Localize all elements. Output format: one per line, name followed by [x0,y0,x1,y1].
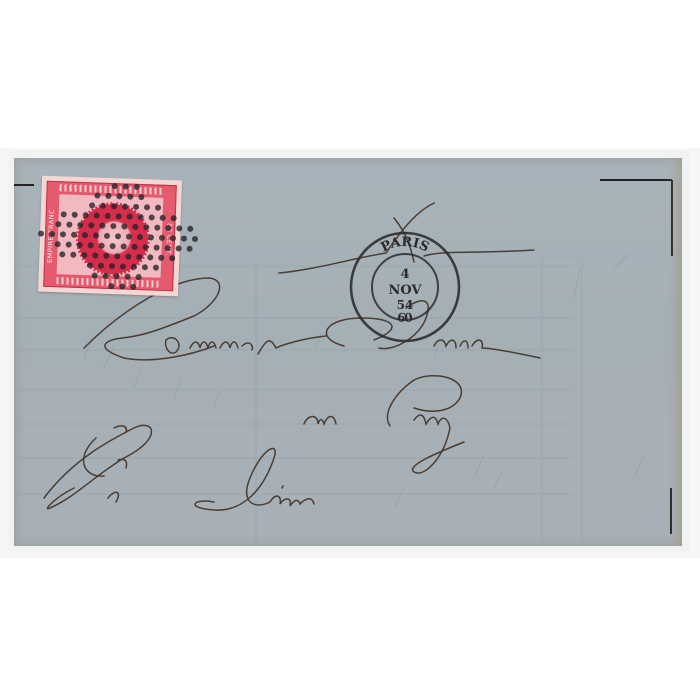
obliterator-dot [119,263,125,269]
obliterator-dot [137,234,143,240]
obliterator-dot [88,202,94,208]
obliterator-dot [94,212,100,218]
obliterator-dot [125,254,131,260]
obliterator-dot [97,263,103,269]
napoleon-stamp: EMPIRE FRANC 80 CENT. [38,176,182,297]
obliterator-dot [187,226,193,232]
obliterator-dot [147,254,153,260]
obliterator-dot [132,224,138,230]
obliterator-dot [121,203,127,209]
obliterator-dot [113,273,119,279]
postmark-town: PARIS [379,235,432,256]
obliterator-dot [88,222,94,228]
obliterator-dot [143,204,149,210]
obliterator-dot [61,211,67,217]
obliterator-dot [124,274,130,280]
obliterator-dot [103,273,109,279]
obliterator-dot [142,244,148,250]
obliterator-dot [105,193,111,199]
postmark-office: 60 [396,310,413,325]
obliterator-dot [115,233,121,239]
obliterator-dot [171,215,177,221]
obliterator-dot [109,243,115,249]
obliterator-dot [92,252,98,258]
obliterator-dot [83,212,89,218]
obliterator-dot [130,284,136,290]
obliterator-dot [130,264,136,270]
obliterator-dot [158,255,164,261]
obliterator-dot [71,232,77,238]
obliterator-dot [135,274,141,280]
paris-postmark: PARIS 60 4 NOV 54 [346,228,464,346]
obliterator-dot [104,233,110,239]
obliterator-dot [148,234,154,240]
obliterator-dot [82,232,88,238]
obliterator-dot [136,254,142,260]
obliterator-dot [126,234,132,240]
obliterator-dot [99,203,105,209]
obliterator-dot [152,265,158,271]
obliterator-dot [111,183,117,189]
obliterator-dot [76,242,82,248]
obliterator-dot [70,252,76,258]
postmark-year: 54 [397,298,414,312]
obliterator-dot [141,264,147,270]
obliterator-dot [92,272,98,278]
obliterator-dot [65,241,71,247]
obliterator-dot [94,192,100,198]
obliterator-dot [38,230,44,236]
postmark-month: NOV [388,283,422,298]
obliterator-dot [81,252,87,258]
obliterator-dot [105,213,111,219]
obliterator-dot [133,184,139,190]
obliterator-dot [99,223,105,229]
obliterator-dot [55,221,61,227]
obliterator-dot [122,183,128,189]
obliterator-dot [108,263,114,269]
obliterator-dot [77,222,83,228]
obliterator-dot [154,205,160,211]
obliterator-dot [98,243,104,249]
obliterator-dot [169,255,175,261]
obliterator-dot [154,225,160,231]
dotted-obliterator [38,176,182,297]
obliterator-dot [170,235,176,241]
obliterator-dot [138,194,144,200]
obliterator-dot [132,204,138,210]
obliterator-dot [86,262,92,268]
obliterator-dot [164,245,170,251]
obliterator-dot [49,231,55,237]
obliterator-dot [116,193,122,199]
obliterator-dot [110,223,116,229]
obliterator-dot [127,194,133,200]
obliterator-dot [60,231,66,237]
obliterator-dot [186,246,192,252]
obliterator-dot [127,214,133,220]
obliterator-dot [59,251,65,257]
obliterator-dot [149,214,155,220]
obliterator-dot [121,223,127,229]
obliterator-dot [131,244,137,250]
obliterator-dot [138,214,144,220]
obliterator-dot [143,224,149,230]
obliterator-dot [103,253,109,259]
obliterator-dot [160,215,166,221]
obliterator-dot [165,225,171,231]
obliterator-dot [159,235,165,241]
obliterator-dot [116,213,122,219]
obliterator-dot [176,225,182,231]
obliterator-dot [175,245,181,251]
obliterator-dot [120,243,126,249]
obliterator-dot [119,283,125,289]
obliterator-dot [72,212,78,218]
obliterator-dot [87,242,93,248]
obliterator-dot [54,241,60,247]
obliterator-dot [108,283,114,289]
postmark-day: 4 [400,267,409,282]
obliterator-dot [153,245,159,251]
obliterator-dot [110,203,116,209]
obliterator-dot [66,221,72,227]
obliterator-dot [114,253,120,259]
obliterator-dot [93,232,99,238]
